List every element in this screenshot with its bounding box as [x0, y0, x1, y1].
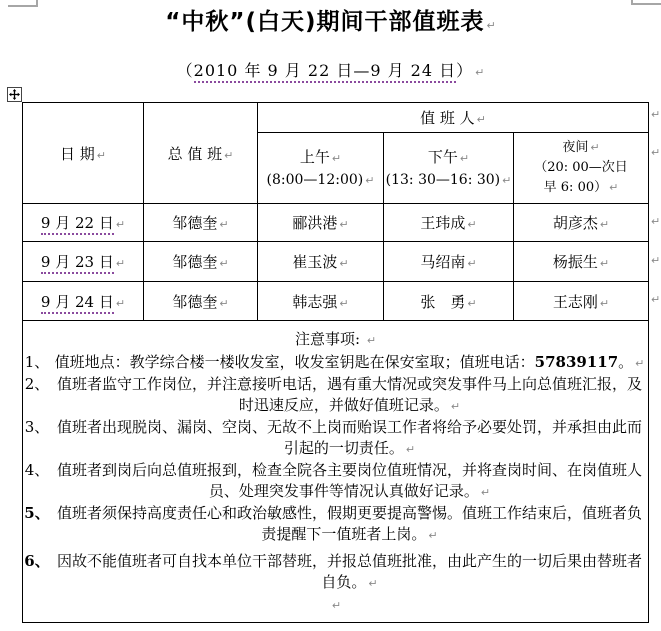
morning-duty-name: 崔玉波	[292, 253, 337, 271]
four-way-arrow-icon	[9, 85, 20, 104]
note-text: 值班者监守工作岗位，并注意接听电话，遇有重大情况或突发事件马上向总值班汇报，及时…	[51, 374, 648, 417]
paragraph-mark-icon: ↵	[368, 577, 377, 590]
paragraph-mark-icon: ↵	[339, 297, 348, 310]
afternoon-duty-name: 张 勇	[420, 293, 465, 311]
header-cell-night: 夜间↵ （20: 00—次日 早 6: 00）↵	[514, 133, 649, 204]
paragraph-mark-icon: ↵	[477, 113, 486, 126]
duty-row-sep23: 9 月 23 日↵ 邹德奎↵ 崔玉波↵ 马绍南↵ 杨振生↵	[23, 242, 649, 282]
night-duty-name: 胡彦杰	[553, 214, 598, 232]
night-duty-cell: 胡彦杰↵	[514, 204, 649, 242]
row-end-mark-icon: ↵	[651, 293, 660, 306]
paragraph-mark-icon: ↵	[428, 529, 437, 542]
afternoon-duty-cell: 张 勇↵	[384, 282, 514, 321]
afternoon-duty-name: 王玮成	[420, 214, 465, 232]
paragraph-mark-icon: ↵	[219, 297, 228, 310]
date-text: 9 月 24 日	[41, 293, 114, 314]
duty-row-sep22: 9 月 22 日↵ 邹德奎↵ 郦洪港↵ 王玮成↵ 胡彦杰↵	[23, 204, 649, 242]
note-text: 因故不能值班者可自找本单位干部替班，并报总值班批准，由此产生的一切后果由替班者自…	[51, 551, 648, 594]
chief-name: 邹德奎	[172, 214, 217, 232]
date-text: 9 月 22 日	[41, 214, 114, 235]
paragraph-mark-icon: ↵	[460, 152, 469, 165]
paragraph-mark-icon: ↵	[219, 218, 228, 231]
paragraph-mark-icon: ↵	[224, 149, 233, 162]
paragraph-mark-icon: ↵	[467, 297, 476, 310]
paragraph-mark-icon: ↵	[365, 174, 374, 187]
notes-cell: 注意事项: ↵ 1、 值班地点：教学综合楼一楼收发室，收发室钥匙在保安室取；值班…	[23, 321, 649, 623]
night-time-1: （20: 00—次日	[514, 158, 648, 178]
paragraph-mark-icon: ↵	[406, 443, 415, 456]
subtitle-open-paren: （	[177, 61, 194, 80]
subtitle-close-paren: ）	[456, 61, 473, 80]
header-cell-afternoon: 下午↵ (13: 30—16: 30)↵	[384, 133, 514, 204]
chief-cell: 邹德奎↵	[144, 204, 258, 242]
document-page: “中秋”(白天)期间干部值班表↵ （2010 年 9 月 22 日—9 月 24…	[0, 0, 661, 631]
note-text: 值班者到岗后向总值班报到，检查全院各主要岗位值班情况，并将查岗时间、在岗值班人员…	[51, 460, 648, 503]
paragraph-mark-icon: ↵	[367, 334, 376, 347]
paragraph-mark-icon: ↵	[635, 357, 644, 370]
paragraph-mark-icon: ↵	[116, 257, 125, 270]
header-cell-date: 日 期↵	[23, 103, 144, 204]
chief-cell: 邹德奎↵	[144, 242, 258, 282]
note-item-5: 5、 值班者须保持高度责任心和政治敏感性，假期更要提高警惕。值班工作结束后，值班…	[23, 503, 648, 546]
header-cell-chief: 总 值 班↵	[144, 103, 258, 204]
note-number: 4、	[23, 460, 51, 503]
duty-phone-number: 57839117	[535, 353, 619, 371]
header-row-person: 日 期↵ 总 值 班↵ 值 班 人↵	[23, 103, 649, 133]
paragraph-mark-icon: ↵	[116, 218, 125, 231]
paragraph-mark-icon: ↵	[590, 141, 599, 154]
paragraph-mark-icon: ↵	[219, 257, 228, 270]
morning-duty-name: 韩志强	[292, 293, 337, 311]
paragraph-mark-icon: ↵	[332, 152, 341, 165]
paragraph-mark-icon: ↵	[502, 174, 511, 187]
title-text: “中秋”(白天)期间干部值班表	[165, 9, 484, 35]
paragraph-mark-icon: ↵	[487, 19, 496, 32]
night-duty-cell: 王志刚↵	[514, 282, 649, 321]
empty-paragraph: ↵	[23, 594, 648, 616]
morning-duty-cell: 崔玉波↵	[258, 242, 384, 282]
notes-heading: 注意事项: ↵	[23, 328, 648, 352]
paragraph-mark-icon: ↵	[339, 257, 348, 270]
night-duty-name: 王志刚	[553, 293, 598, 311]
row-end-mark-icon: ↵	[651, 215, 660, 228]
afternoon-time: (13: 30—16: 30)↵	[384, 170, 513, 191]
header-date-label: 日 期	[60, 145, 95, 163]
date-text: 9 月 23 日	[41, 253, 114, 274]
note-item-6: 6、 因故不能值班者可自找本单位干部替班，并报总值班批准，由此产生的一切后果由替…	[23, 551, 648, 594]
document-subtitle: （2010 年 9 月 22 日—9 月 24 日）↵	[0, 58, 661, 81]
row-end-mark-icon: ↵	[651, 254, 660, 267]
header-person-label: 值 班 人	[420, 109, 475, 127]
note-number: 5、	[23, 503, 51, 546]
chief-cell: 邹德奎↵	[144, 282, 258, 321]
note-item-3: 3、 值班者出现脱岗、漏岗、空岗、无故不上岗而贻误工作者将给予必要处罚，并承担由…	[23, 417, 648, 460]
note-text: 值班地点：教学综合楼一楼收发室，收发室钥匙在保安室取；值班电话：57839117…	[51, 352, 648, 374]
row-end-mark-icon: ↵	[651, 108, 660, 121]
chief-name: 邹德奎	[172, 253, 217, 271]
night-duty-cell: 杨振生↵	[514, 242, 649, 282]
duty-row-sep24: 9 月 24 日↵ 邹德奎↵ 韩志强↵ 张 勇↵ 王志刚↵	[23, 282, 649, 321]
afternoon-duty-cell: 王玮成↵	[384, 204, 514, 242]
notes-row: 注意事项: ↵ 1、 值班地点：教学综合楼一楼收发室，收发室钥匙在保安室取；值班…	[23, 321, 649, 623]
date-cell: 9 月 24 日↵	[23, 282, 144, 321]
paragraph-mark-icon: ↵	[467, 257, 476, 270]
paragraph-mark-icon: ↵	[600, 257, 609, 270]
chief-name: 邹德奎	[172, 293, 217, 311]
morning-duty-cell: 韩志强↵	[258, 282, 384, 321]
paragraph-mark-icon: ↵	[97, 149, 106, 162]
night-label: 夜间↵	[514, 138, 648, 158]
note-number: 2、	[23, 374, 51, 417]
subtitle-date-range: 2010 年 9 月 22 日—9 月 24 日	[194, 61, 457, 83]
afternoon-duty-cell: 马绍南↵	[384, 242, 514, 282]
header-cell-person: 值 班 人↵	[258, 103, 649, 133]
paragraph-mark-icon: ↵	[332, 599, 341, 612]
paragraph-mark-icon: ↵	[481, 486, 490, 499]
paragraph-mark-icon: ↵	[116, 297, 125, 310]
morning-label: 上午↵	[258, 146, 383, 170]
table-move-handle[interactable]	[7, 87, 22, 102]
header-cell-morning: 上午↵ (8:00—12:00)↵	[258, 133, 384, 204]
paragraph-mark-icon: ↵	[467, 218, 476, 231]
morning-time: (8:00—12:00)↵	[258, 170, 383, 191]
morning-duty-cell: 郦洪港↵	[258, 204, 384, 242]
note-number: 6、	[23, 551, 51, 594]
note-number: 3、	[23, 417, 51, 460]
paragraph-mark-icon: ↵	[600, 218, 609, 231]
afternoon-label: 下午↵	[384, 146, 513, 170]
paragraph-mark-icon: ↵	[451, 400, 460, 413]
note-number: 1、	[23, 352, 51, 374]
paragraph-mark-icon: ↵	[475, 66, 484, 79]
night-duty-name: 杨振生	[553, 253, 598, 271]
note-text: 值班者出现脱岗、漏岗、空岗、无故不上岗而贻误工作者将给予必要处罚，并承担由此而引…	[51, 417, 648, 460]
afternoon-duty-name: 马绍南	[420, 253, 465, 271]
header-chief-label: 总 值 班	[168, 145, 223, 163]
duty-table: 日 期↵ 总 值 班↵ 值 班 人↵ 上午↵ (8:00—12:00)↵ 下午↵…	[22, 102, 649, 623]
note-item-1: 1、 值班地点：教学综合楼一楼收发室，收发室钥匙在保安室取；值班电话：57839…	[23, 352, 648, 374]
note-item-2: 2、 值班者监守工作岗位，并注意接听电话，遇有重大情况或突发事件马上向总值班汇报…	[23, 374, 648, 417]
note-text: 值班者须保持高度责任心和政治敏感性，假期更要提高警惕。值班工作结束后，值班者负责…	[51, 503, 648, 546]
paragraph-mark-icon: ↵	[339, 218, 348, 231]
date-cell: 9 月 23 日↵	[23, 242, 144, 282]
night-time-2: 早 6: 00）↵	[514, 178, 648, 198]
document-title: “中秋”(白天)期间干部值班表↵	[0, 3, 661, 36]
paragraph-mark-icon: ↵	[609, 181, 618, 194]
row-end-mark-icon: ↵	[651, 146, 660, 159]
morning-duty-name: 郦洪港	[292, 214, 337, 232]
date-cell: 9 月 22 日↵	[23, 204, 144, 242]
note-item-4: 4、 值班者到岗后向总值班报到，检查全院各主要岗位值班情况，并将查岗时间、在岗值…	[23, 460, 648, 503]
paragraph-mark-icon: ↵	[600, 297, 609, 310]
